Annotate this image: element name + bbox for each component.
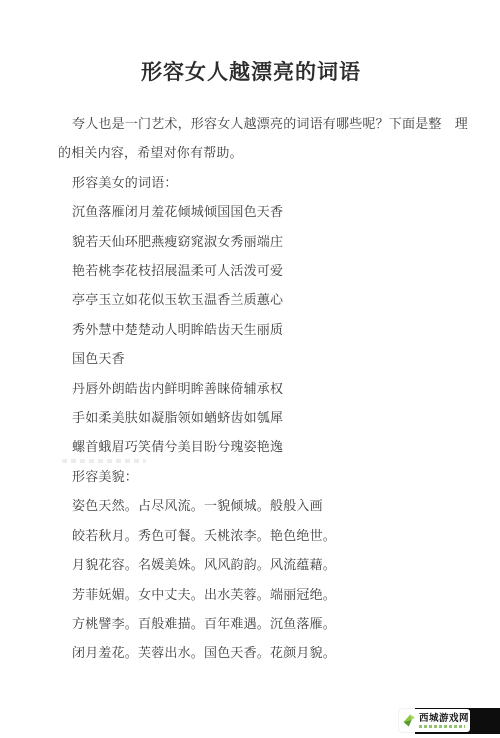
page-title: 形容女人越漂亮的词语 xyxy=(58,55,444,89)
word-line: 貌若天仙环肥燕瘦窈窕淑女秀丽端庄 xyxy=(58,227,444,256)
intro-line: 夸人也是一门艺术，形容女人越漂亮的词语有哪些呢？下面是整 理 xyxy=(58,109,444,138)
phrase-line: 闭月羞花。芙蓉出水。国色天香。花颜月貌。 xyxy=(58,638,444,667)
leaf-logo-icon xyxy=(402,713,417,728)
word-line: 秀外慧中楚楚动人明眸皓齿天生丽质 xyxy=(58,315,444,344)
phrase-line: 姿色天然。占尽风流。一貌倾城。般般入画 xyxy=(58,491,444,520)
phrase-line: 芳菲妩媚。女中丈夫。出水芙蓉。端丽冠绝。 xyxy=(58,580,444,609)
intro-line: 的相关内容，希望对你有帮助。 xyxy=(58,138,444,167)
word-line: 沉鱼落雁闭月羞花倾城倾国国色天香 xyxy=(58,197,444,226)
article-body: 夸人也是一门艺术，形容女人越漂亮的词语有哪些呢？下面是整 理 的相关内容，希望对… xyxy=(58,109,444,668)
phrase-line: 皎若秋月。秀色可餐。夭桃浓李。艳色绝世。 xyxy=(58,521,444,550)
word-line: 丹唇外朗皓齿内鲜明眸善睐倚辅承权 xyxy=(58,374,444,403)
scan-smudge-artifact xyxy=(62,459,146,463)
watermark-tagline-strip xyxy=(419,725,465,728)
site-watermark: 西城游戏网 xyxy=(399,709,470,732)
phrase-line: 方桃譬李。百般难描。百年难遇。沉鱼落雁。 xyxy=(58,609,444,638)
word-line: 亭亭玉立如花似玉软玉温香兰质蕙心 xyxy=(58,285,444,314)
section-heading-beauty: 形容美貌： xyxy=(58,462,444,491)
phrase-line: 月貌花容。名媛美姝。风风韵韵。风流蕴藉。 xyxy=(58,550,444,579)
scanned-document-page: { "page": { "title": "形容女人越漂亮的词语", "intr… xyxy=(0,0,500,738)
section-heading-words: 形容美女的词语： xyxy=(58,168,444,197)
document-content: 形容女人越漂亮的词语 夸人也是一门艺术，形容女人越漂亮的词语有哪些呢？下面是整 … xyxy=(58,0,444,668)
watermark-site-name: 西城游戏网 xyxy=(419,713,469,724)
word-line: 手如柔美肤如凝脂领如蝤蛴齿如瓠犀 xyxy=(58,403,444,432)
word-line: 螺首蛾眉巧笑倩兮美目盼兮瑰姿艳逸 xyxy=(58,432,444,461)
word-line: 艳若桃李花枝招展温柔可人活泼可爱 xyxy=(58,256,444,285)
word-line: 国色天香 xyxy=(58,344,444,373)
